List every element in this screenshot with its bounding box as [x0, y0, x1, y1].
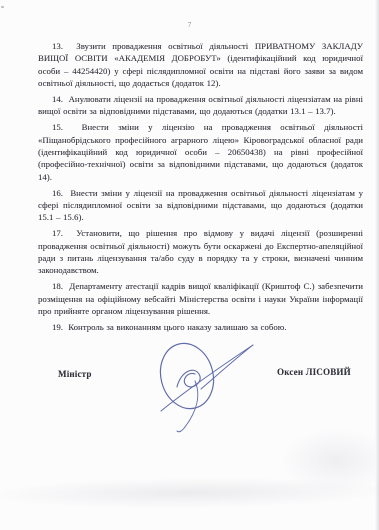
scan-edge-right: [375, 0, 379, 530]
minister-title: Міністр: [58, 369, 92, 379]
paragraph-15: 15. Внести зміни у ліцензію на проваджен…: [38, 121, 363, 183]
minister-name: Оксен ЛІСОВИЙ: [277, 367, 351, 377]
paragraph-19: 19. Контроль за виконанням цього наказу …: [38, 321, 363, 333]
document-page: 7 13. Звузити провадження освітньої діял…: [0, 0, 379, 530]
page-number: 7: [0, 20, 379, 29]
paragraph-16: 16. Внести зміни у ліцензії на проваджен…: [38, 187, 363, 224]
handwritten-signature-icon: [143, 335, 263, 437]
scan-shadow-bottom: [0, 476, 379, 510]
order-body: 13. Звузити провадження освітньої діяльн…: [38, 40, 363, 337]
paragraph-14: 14. Анулювати ліцензії на провадження ос…: [38, 93, 363, 118]
paragraph-18: 18. Департаменту атестації кадрів вищої …: [38, 280, 363, 317]
paragraph-13: 13. Звузити провадження освітньої діяльн…: [38, 40, 363, 89]
paragraph-17: 17. Установити, що рішення про відмову у…: [38, 227, 363, 276]
scan-speck: [1, 6, 4, 8]
